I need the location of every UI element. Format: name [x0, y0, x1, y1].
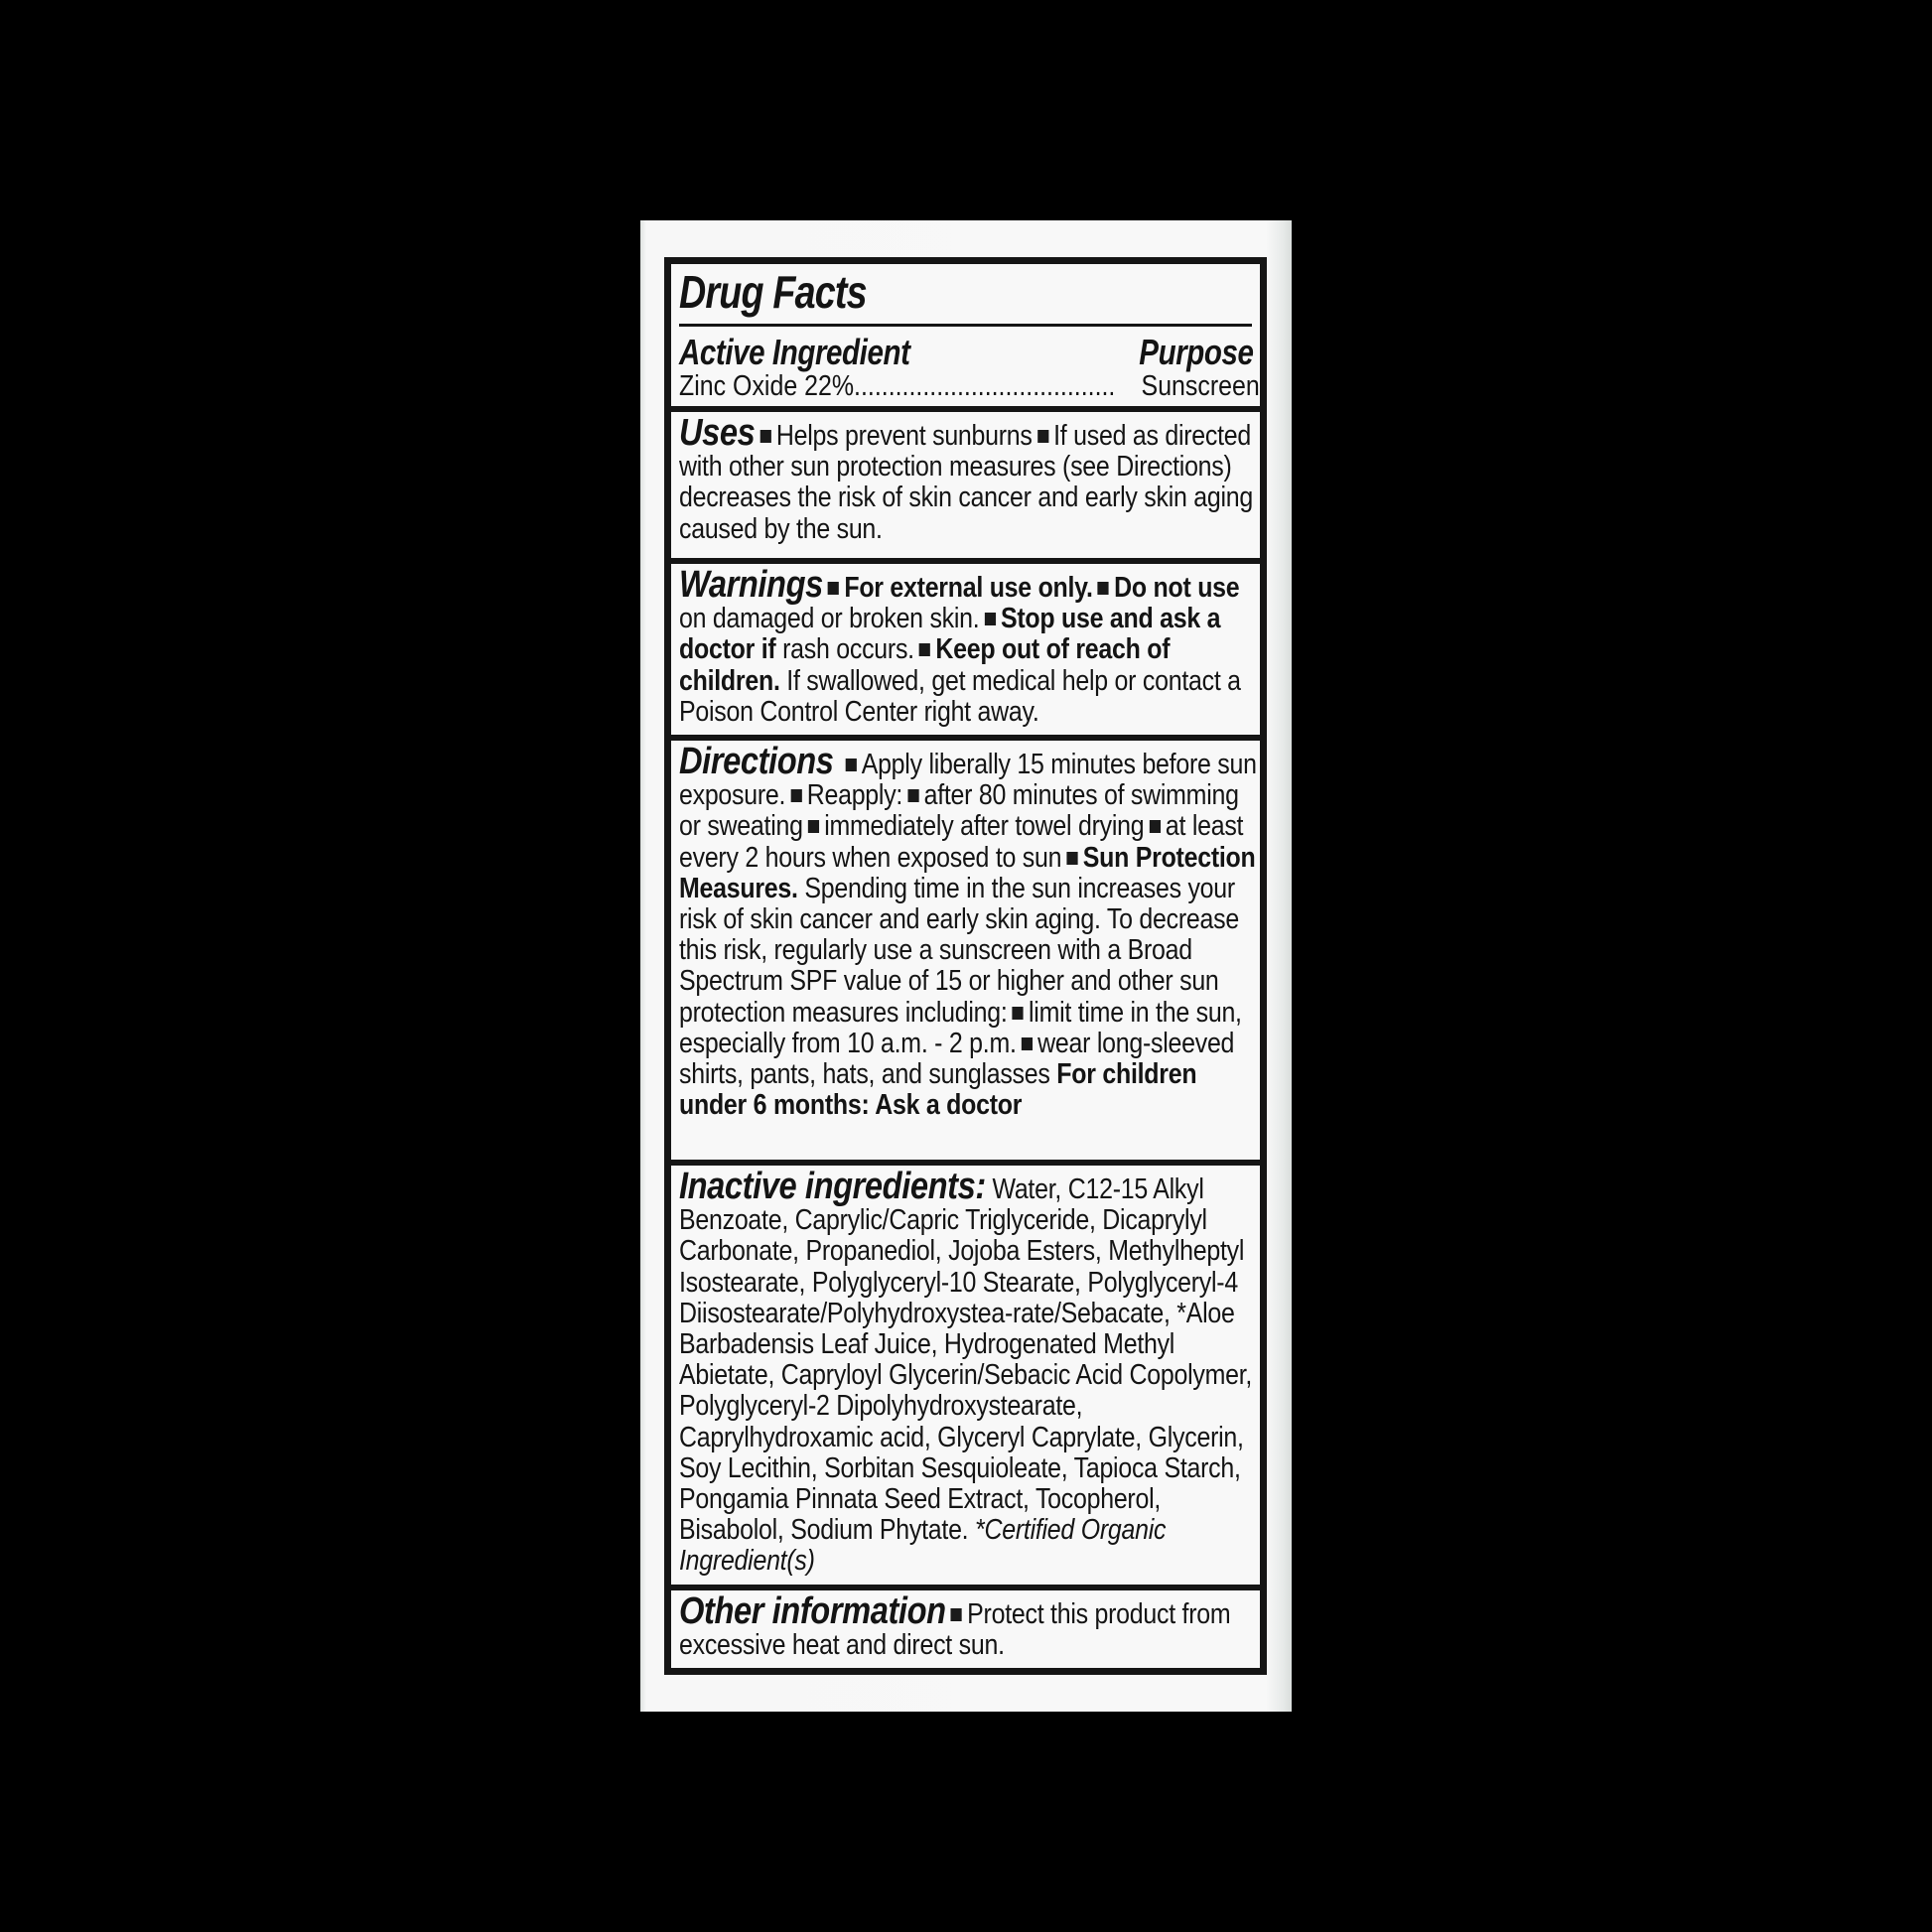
ingredient-purpose: Sunscreen: [1142, 371, 1260, 401]
drug-facts-box: Drug Facts Active Ingredient Purpose Zin…: [664, 257, 1267, 1675]
bullet-icon: [808, 820, 819, 833]
uses-section: UsesHelps prevent sunburnsIf used as dir…: [671, 418, 1260, 545]
section-divider: [671, 406, 1260, 412]
direction-item: Reapply:: [807, 779, 902, 811]
directions-header: Directions: [679, 741, 834, 782]
dot-leader: ......................................: [854, 371, 1142, 401]
bullet-icon: [790, 789, 801, 802]
warning-text: rash occurs.: [775, 633, 913, 665]
bullet-icon: [1066, 852, 1077, 865]
directions-section: Directions Apply liberally 15 minutes be…: [671, 747, 1260, 1121]
bullet-icon: [1150, 820, 1161, 833]
direction-item: immediately after towel drying: [824, 810, 1144, 842]
active-ingredient-row: Zinc Oxide 22% .........................…: [679, 371, 1260, 401]
bullet-icon: [760, 430, 771, 443]
bullet-icon: [907, 789, 918, 802]
bullet-icon: [1022, 1037, 1033, 1050]
warnings-header: Warnings: [679, 564, 823, 606]
header-section: Drug Facts Active Ingredient Purpose Zin…: [671, 264, 1260, 406]
inactive-ingredients-list: Water, C12-15 Alkyl Benzoate, Caprylic/C…: [679, 1173, 1252, 1546]
purpose-header: Purpose: [1140, 332, 1254, 373]
uses-header: Uses: [679, 412, 755, 454]
drug-facts-title: Drug Facts: [679, 266, 867, 318]
active-ingredient-header: Active Ingredient: [679, 332, 910, 373]
bullet-icon: [919, 643, 930, 656]
bullet-icon: [845, 759, 856, 771]
warning-text: on damaged or broken skin.: [679, 603, 979, 634]
bullet-icon: [828, 582, 839, 595]
other-information-section: Other informationProtect this product fr…: [671, 1596, 1260, 1661]
bullet-icon: [1013, 1007, 1024, 1020]
other-information-header: Other information: [679, 1590, 946, 1632]
warnings-section: WarningsFor external use only.Do not use…: [671, 570, 1260, 728]
warning-external-use: For external use only.: [844, 572, 1092, 604]
title-rule: [679, 324, 1252, 327]
warning-do-not-use: Do not use: [1114, 572, 1239, 604]
bullet-icon: [1098, 582, 1109, 595]
ingredient-name: Zinc Oxide 22%: [679, 371, 854, 401]
bullet-icon: [985, 613, 996, 625]
uses-item: Helps prevent sunburns: [776, 420, 1033, 452]
inactive-ingredients-section: Inactive ingredients: Water, C12-15 Alky…: [671, 1172, 1260, 1578]
bullet-icon: [951, 1608, 962, 1621]
bullet-icon: [1037, 430, 1048, 443]
inactive-ingredients-header: Inactive ingredients:: [679, 1166, 986, 1207]
